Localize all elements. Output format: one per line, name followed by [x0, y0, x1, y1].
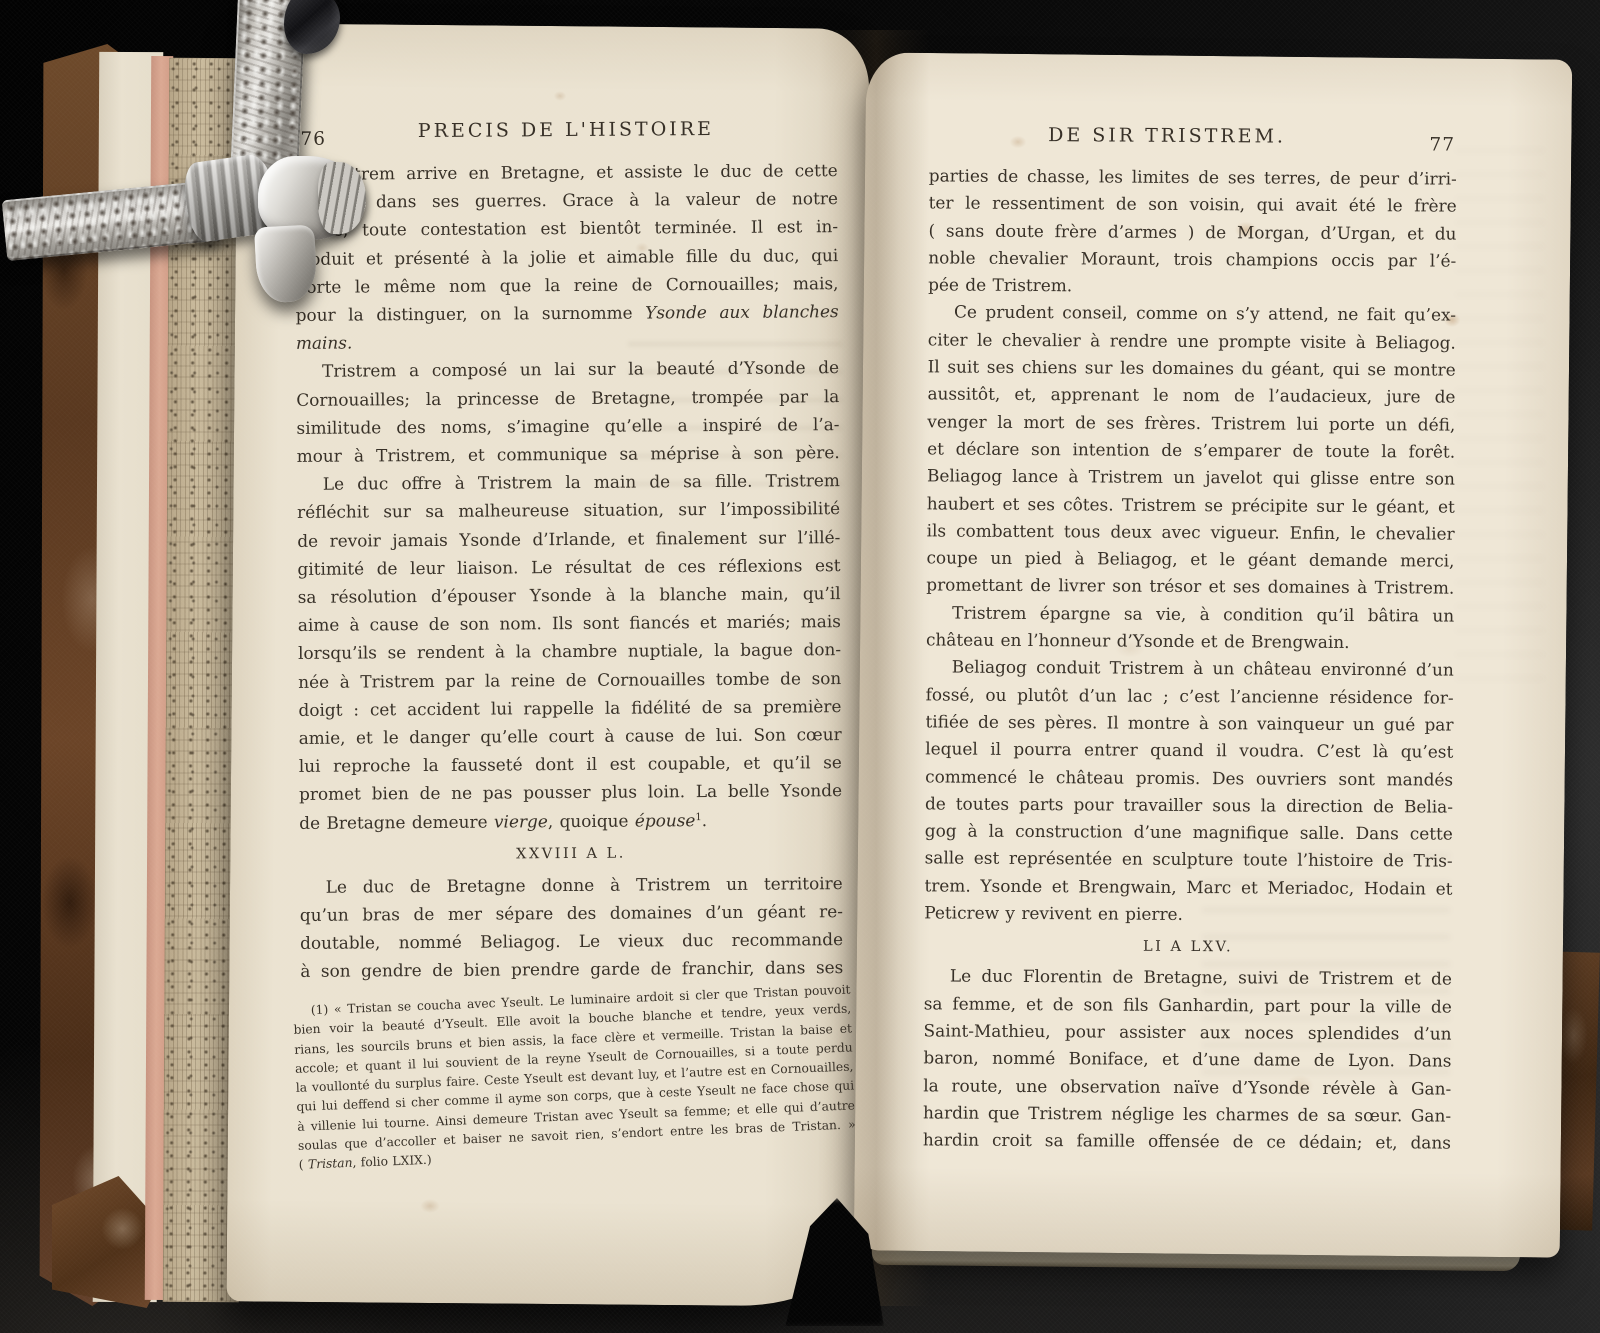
paragraph: Ce prudent conseil, comme on s’y attend,…	[926, 299, 1456, 602]
text-line: Beliagog conduit Tristrem à un château e…	[926, 654, 1454, 685]
text-line: mains.	[296, 325, 839, 357]
footnote: (1) « Tristan se coucha avec Yseult. Le …	[292, 980, 856, 1175]
text-line: Le duc Florentin de Bretagne, suivi de T…	[924, 963, 1452, 994]
text-line: ter le ressentiment de son voisin, qui a…	[929, 190, 1457, 221]
text-line: commencé le château promis. Des ouvriers…	[925, 763, 1453, 794]
text-line: contrée dans ses guerres. Grace à la val…	[295, 184, 838, 216]
text-line: aime à cause de son nom. Ils sont fiancé…	[298, 607, 841, 639]
text-line: réfléchit sur sa malheureuse situation, …	[297, 495, 840, 527]
text-line: Tristrem a composé un lai sur la beauté …	[296, 354, 839, 386]
text-line: de toutes parts pour travailler sous la …	[925, 790, 1453, 821]
paragraph: Le duc offre à Tristrem la main de sa fi…	[297, 466, 843, 836]
left-page-header: 76 PRECIS DE L'HISTOIRE	[294, 110, 837, 160]
text-line: Beliagog lance à Tristrem un javelot qui…	[927, 463, 1455, 494]
text-line: amie, et le danger qu’elle court à cause…	[299, 720, 842, 752]
text-line: promettant de livrer son trésor et ses d…	[926, 572, 1454, 603]
text-line: tifiée de ses pères. Il montre à son vai…	[925, 708, 1453, 739]
text-line: noble chevalier Moraunt, trois champions…	[928, 244, 1456, 275]
text-line: héros, toute contestation est bientôt te…	[295, 213, 838, 245]
text-line: Ce prudent conseil, comme on s’y attend,…	[928, 299, 1456, 330]
text-line: parties de chasse, les limites de ses te…	[929, 162, 1457, 193]
paragraph: Le duc Florentin de Bretagne, suivi de T…	[923, 963, 1452, 1157]
text-line: de Bretagne demeure vierge, quoique épou…	[299, 805, 842, 837]
running-title-right: DE SIR TRISTREM.	[903, 123, 1431, 148]
text-line: lequel il pourra entrer quand il voudra.…	[925, 736, 1453, 767]
text-line: coupe un pied à Beliagog, et le géant de…	[926, 545, 1454, 576]
text-line: Le duc de Bretagne donne à Tristrem un t…	[300, 869, 843, 901]
text-line: ( sans doute frère d’armes ) de Morgan, …	[928, 217, 1456, 248]
text-line: citer le chevalier à rendre une prompte …	[928, 326, 1456, 357]
text-line: baron, nommé Boniface, et d’une dame de …	[923, 1045, 1451, 1076]
section-heading-left: XXVIII A L.	[299, 836, 842, 872]
text-line: Peticrew y revivent en pierre.	[924, 899, 1452, 930]
right-page-text: DE SIR TRISTREM. 77 parties de chasse, l…	[923, 116, 1457, 1157]
text-line: de revoir jamais Ysonde d’Irlande, et fi…	[297, 523, 840, 555]
paragraph: Tristrem épargne sa vie, à condition qu’…	[926, 599, 1454, 657]
text-line: salle est représentée en sculpture toute…	[925, 845, 1453, 876]
text-line: lui reproche la fausseté dont il est cou…	[299, 748, 842, 780]
text-line: château en l’honneur d’Ysonde et de Bren…	[926, 626, 1454, 657]
text-line: hardin que Tristrem néglige les charmes …	[923, 1099, 1451, 1130]
right-page-header: DE SIR TRISTREM. 77	[929, 116, 1457, 165]
page-number-right: 77	[1429, 134, 1455, 155]
text-line: hardin croit sa famille offensée de ce d…	[923, 1126, 1451, 1157]
text-line: trem. Ysonde et Brengwain, Marc et Meria…	[924, 872, 1452, 903]
text-line: sa femme, et de son fils Ganhardin, part…	[924, 990, 1452, 1021]
text-line: gog à la construction d’une magnifique s…	[925, 818, 1453, 849]
text-line: et déclare son intention de s’emparer de…	[927, 435, 1455, 466]
text-line: la route, une observation naïve d’Ysonde…	[923, 1072, 1451, 1103]
section-heading-right: LI A LXV.	[924, 930, 1452, 965]
footnote-paragraph: (1) « Tristan se coucha avec Yseult. Le …	[292, 980, 856, 1175]
text-line: Il suit ses chiens sur les domaines du g…	[928, 353, 1456, 384]
text-line: qu’un bras de mer sépare des domaines d’…	[300, 897, 843, 929]
text-line: lorsqu’ils se rendent à la chambre nupti…	[298, 636, 841, 668]
text-line: haubert et ses côtes. Tristrem se précip…	[927, 490, 1455, 521]
text-line: Tristrem arrive en Bretagne, et assiste …	[295, 156, 838, 188]
text-line: ils combattent tous deux avec vigueur. E…	[927, 517, 1455, 548]
text-line: aussitôt, et, apprenant le nom de l’auda…	[927, 381, 1455, 412]
text-line: doutable, nommé Beliagog. Le vieux duc r…	[300, 925, 843, 957]
text-line: Le duc offre à Tristrem la main de sa fi…	[297, 466, 840, 498]
running-title-left: PRECIS DE L'HISTOIRE	[294, 117, 837, 143]
text-line: pée de Tristrem.	[928, 272, 1456, 303]
paragraph: Le duc de Bretagne donne à Tristrem un t…	[300, 869, 844, 986]
left-page-text: 76 PRECIS DE L'HISTOIRE Tristrem arrive …	[294, 110, 844, 1175]
text-line: similitude des noms, s’imagine qu’elle a…	[296, 410, 839, 442]
text-line: fossé, ou plutôt d’un lac ; c’est l’anci…	[926, 681, 1454, 712]
text-line: porte le même nom que la reine de Cornou…	[295, 269, 838, 301]
text-line: promet bien de ne pas pousser plus loin.…	[299, 777, 842, 809]
paragraph: Tristrem arrive en Bretagne, et assiste …	[295, 156, 839, 357]
photo-background: 76 PRECIS DE L'HISTOIRE Tristrem arrive …	[0, 0, 1600, 1333]
text-line: troduit et présenté à la jolie et aimabl…	[295, 241, 838, 273]
text-line: Saint-Mathieu, pour assister aux noces s…	[924, 1017, 1452, 1048]
text-line: doigt : cet accident lui rappelle la fid…	[298, 692, 841, 724]
text-line: mour à Tristrem, et communique sa mépris…	[297, 438, 840, 470]
text-line: Cornouailles; la princesse de Bretagne, …	[296, 382, 839, 414]
text-line: venger la mort de ses frères. Tristrem l…	[927, 408, 1455, 439]
text-line: à son gendre de bien prendre garde de fr…	[300, 954, 843, 986]
text-line: Tristrem épargne sa vie, à condition qu’…	[926, 599, 1454, 630]
paragraph: Tristrem a composé un lai sur la beauté …	[296, 354, 840, 471]
text-line: pour la distinguer, on la surnomme Ysond…	[296, 297, 839, 329]
text-line: gitimité de leur liaison. Le résultat de…	[297, 551, 840, 583]
paragraph: parties de chasse, les limites de ses te…	[928, 162, 1457, 302]
text-line: née à Tristrem par la reine de Cornouail…	[298, 664, 841, 696]
paragraph: Beliagog conduit Tristrem à un château e…	[924, 654, 1454, 930]
text-line: sa résolution d’épouser Ysonde à la blan…	[298, 579, 841, 611]
